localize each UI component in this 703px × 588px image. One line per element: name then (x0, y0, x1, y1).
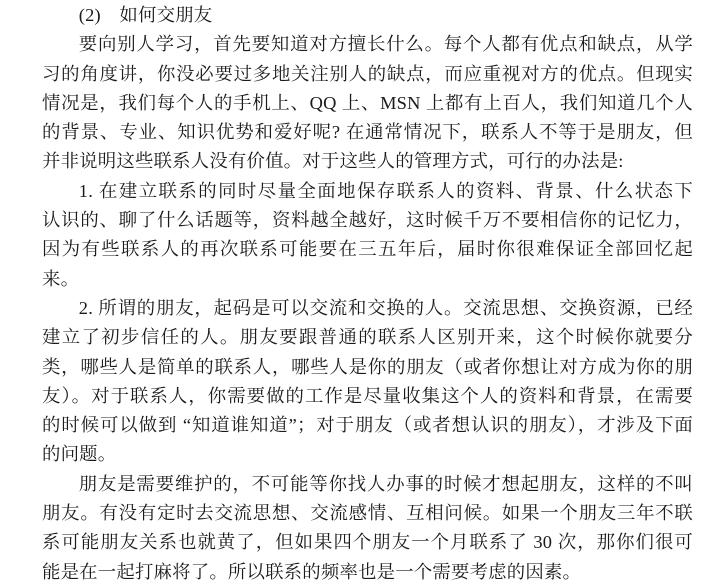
paragraph: 要向别人学习，首先要知道对方擅长什么。每个人都有优点和缺点，从学习的角度讲，你没… (42, 30, 693, 176)
text-line: 朋友。有没有定时去交流思想、交流感情、互相问候。如果一个朋友三年不联 (42, 499, 693, 528)
text-line: 的问题。 (42, 440, 693, 469)
text-line: 并非说明这些联系人没有价值。对于这些人的管理方式，可行的办法是: (42, 147, 693, 176)
text-line: 建立了初步信任的人。朋友要跟普通的联系人区别开来，这个时候你就要分 (42, 323, 693, 352)
text-line: 的背景、专业、知识优势和爱好呢? 在通常情况下，联系人不等于是朋友，但 (42, 118, 693, 147)
scanned-book-page: (2) 如何交朋友 要向别人学习，首先要知道对方擅长什么。每个人都有优点和缺点，… (0, 0, 703, 588)
page-text-column: (2) 如何交朋友 要向别人学习，首先要知道对方擅长什么。每个人都有优点和缺点，… (42, 1, 693, 587)
text-line: 因为有些联系人的再次联系可能要在三五年后，届时你很难保证全部回忆起 (42, 235, 693, 264)
paragraph: 朋友是需要维护的，不可能等你找人办事的时候才想起朋友，这样的不叫朋友。有没有定时… (42, 470, 693, 587)
text-line: 来。 (42, 265, 693, 294)
text-line: 友）。对于联系人，你需要做的工作是尽量收集这个人的资料和背景，在需要 (42, 382, 693, 411)
text-line: 认识的、聊了什么话题等，资料越全越好，这时候千万不要相信你的记忆力， (42, 206, 693, 235)
paragraph: 2. 所谓的朋友，起码是可以交流和交换的人。交流思想、交换资源，已经建立了初步信… (42, 294, 693, 470)
text-line: 1. 在建立联系的同时尽量全面地保存联系人的资料、背景、什么状态下 (42, 177, 693, 206)
paragraph: 1. 在建立联系的同时尽量全面地保存联系人的资料、背景、什么状态下认识的、聊了什… (42, 177, 693, 294)
document-body: 要向别人学习，首先要知道对方擅长什么。每个人都有优点和缺点，从学习的角度讲，你没… (42, 30, 693, 587)
text-line: 系可能朋友关系也就黄了，但如果四个朋友一个月联系了 30 次，那你们很可 (42, 528, 693, 557)
text-line: 2. 所谓的朋友，起码是可以交流和交换的人。交流思想、交换资源，已经 (42, 294, 693, 323)
section-heading: (2) 如何交朋友 (42, 1, 693, 30)
text-line: 情况是，我们每个人的手机上、QQ 上、MSN 上都有上百人，我们知道几个人 (42, 89, 693, 118)
text-line: 习的角度讲，你没必要过多地关注别人的缺点，而应重视对方的优点。但现实 (42, 60, 693, 89)
text-line: 要向别人学习，首先要知道对方擅长什么。每个人都有优点和缺点，从学 (42, 30, 693, 59)
text-line: 能是在一起打麻将了。所以联系的频率也是一个需要考虑的因素。 (42, 558, 693, 587)
text-line: 类，哪些人是简单的联系人，哪些人是你的朋友（或者你想让对方成为你的朋 (42, 353, 693, 382)
text-line: 朋友是需要维护的，不可能等你找人办事的时候才想起朋友，这样的不叫 (42, 470, 693, 499)
text-line: 的时候可以做到 “知道谁知道”；对于朋友（或者想认识的朋友），才涉及下面 (42, 411, 693, 440)
